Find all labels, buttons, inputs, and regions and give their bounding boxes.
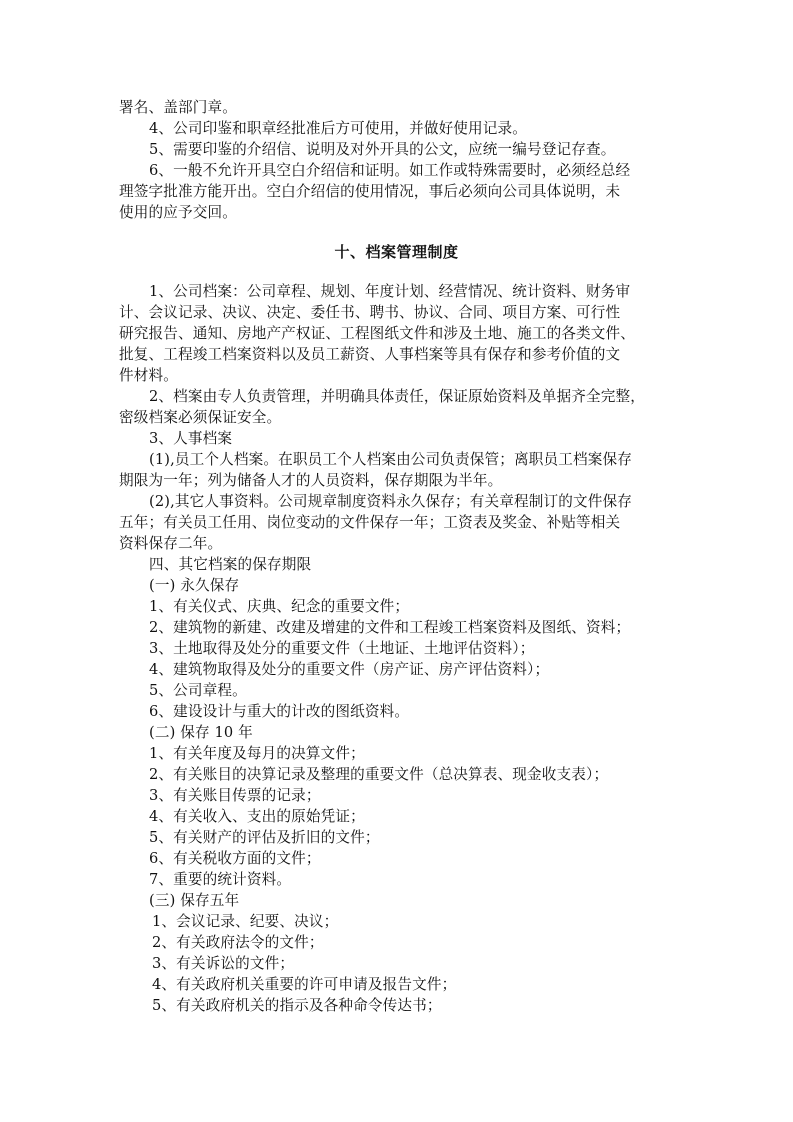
list-item: 4、建筑物取得及处分的重要文件（房产证、房产评估资料）； [119, 659, 679, 680]
list-item: 7、重要的统计资料。 [119, 869, 679, 890]
list-item: 1、有关仪式、庆典、纪念的重要文件； [119, 596, 679, 617]
list-item: 4、有关政府机关重要的许可申请及报告文件； [119, 974, 679, 995]
list-item: 6、建设设计与重大的计改的图纸资料。 [119, 701, 679, 722]
list-item: 5、有关政府机关的指示及各种命令传达书； [119, 995, 679, 1016]
text-line: 6、一般不允许开具空白介绍信和证明。如工作或特殊需要时，必须经总经 [119, 160, 679, 181]
list-item: 2、有关账目的决算记录及整理的重要文件（总决算表、现金收支表）； [119, 764, 679, 785]
list-item: 1、会议记录、纪要、决议； [119, 911, 679, 932]
paragraph-line: 资料保存二年。 [119, 533, 679, 554]
list-item: 1、有关年度及每月的决算文件； [119, 743, 679, 764]
category-heading: (三) 保存五年 [119, 890, 679, 911]
text-line: 使用的应予交回。 [119, 202, 679, 223]
document-page: 署名、盖部门章。 4、公司印鉴和职章经批准后方可使用，并做好使用记录。 5、需要… [0, 0, 793, 1122]
list-item: 5、公司章程。 [119, 680, 679, 701]
list-item: 5、有关财产的评估及折旧的文件； [119, 827, 679, 848]
paragraph-line: 2、档案由专人负责管理，并明确具体责任，保证原始资料及单据齐全完整， [119, 386, 679, 407]
archive-rules-body: 1、公司档案：公司章程、规划、年度计划、经营情况、统计资料、财务审 计、会议记录… [119, 281, 679, 1016]
paragraph-line: 件材料。 [119, 365, 679, 386]
paragraph-line: 五年；有关员工任用、岗位变动的文件保存一年；工资表及奖金、补贴等相关 [119, 512, 679, 533]
category-heading: (一) 永久保存 [119, 575, 679, 596]
list-item: 4、有关收入、支出的原始凭证； [119, 806, 679, 827]
seal-rules-continuation: 署名、盖部门章。 4、公司印鉴和职章经批准后方可使用，并做好使用记录。 5、需要… [119, 97, 679, 223]
paragraph-line: 1、公司档案：公司章程、规划、年度计划、经营情况、统计资料、财务审 [119, 281, 679, 302]
text-line: 5、需要印鉴的介绍信、说明及对外开具的公文，应统一编号登记存查。 [119, 139, 679, 160]
list-item: 2、有关政府法令的文件； [119, 932, 679, 953]
text-line: 4、公司印鉴和职章经批准后方可使用，并做好使用记录。 [119, 118, 679, 139]
paragraph-line: 期限为一年；列为储备人才的人员资料，保存期限为半年。 [119, 470, 679, 491]
list-item: 6、有关税收方面的文件； [119, 848, 679, 869]
subheading-line: 四、其它档案的保存期限 [119, 554, 679, 575]
subheading-line: 3、人事档案 [119, 428, 679, 449]
list-item: 3、土地取得及处分的重要文件（土地证、土地评估资料）； [119, 638, 679, 659]
paragraph-line: (2),其它人事资料。公司规章制度资料永久保存；有关章程制订的文件保存 [119, 491, 679, 512]
paragraph-line: 计、会议记录、决议、决定、委任书、聘书、协议、合同、项目方案、可行性 [119, 302, 679, 323]
category-heading: (二) 保存 10 年 [119, 722, 679, 743]
section-heading: 十、档案管理制度 [0, 241, 793, 263]
paragraph-line: 密级档案必须保证安全。 [119, 407, 679, 428]
list-item: 3、有关账目传票的记录； [119, 785, 679, 806]
paragraph-line: (1),员工个人档案。在职员工个人档案由公司负责保管；离职员工档案保存 [119, 449, 679, 470]
paragraph-line: 研究报告、通知、房地产产权证、工程图纸文件和涉及土地、施工的各类文件、 [119, 323, 679, 344]
list-item: 3、有关诉讼的文件； [119, 953, 679, 974]
paragraph-line: 批复、工程竣工档案资料以及员工薪资、人事档案等具有保存和参考价值的文 [119, 344, 679, 365]
text-line: 理签字批准方能开出。空白介绍信的使用情况，事后必须向公司具体说明，未 [119, 181, 679, 202]
list-item: 2、建筑物的新建、改建及增建的文件和工程竣工档案资料及图纸、资料； [119, 617, 679, 638]
text-line: 署名、盖部门章。 [119, 97, 679, 118]
